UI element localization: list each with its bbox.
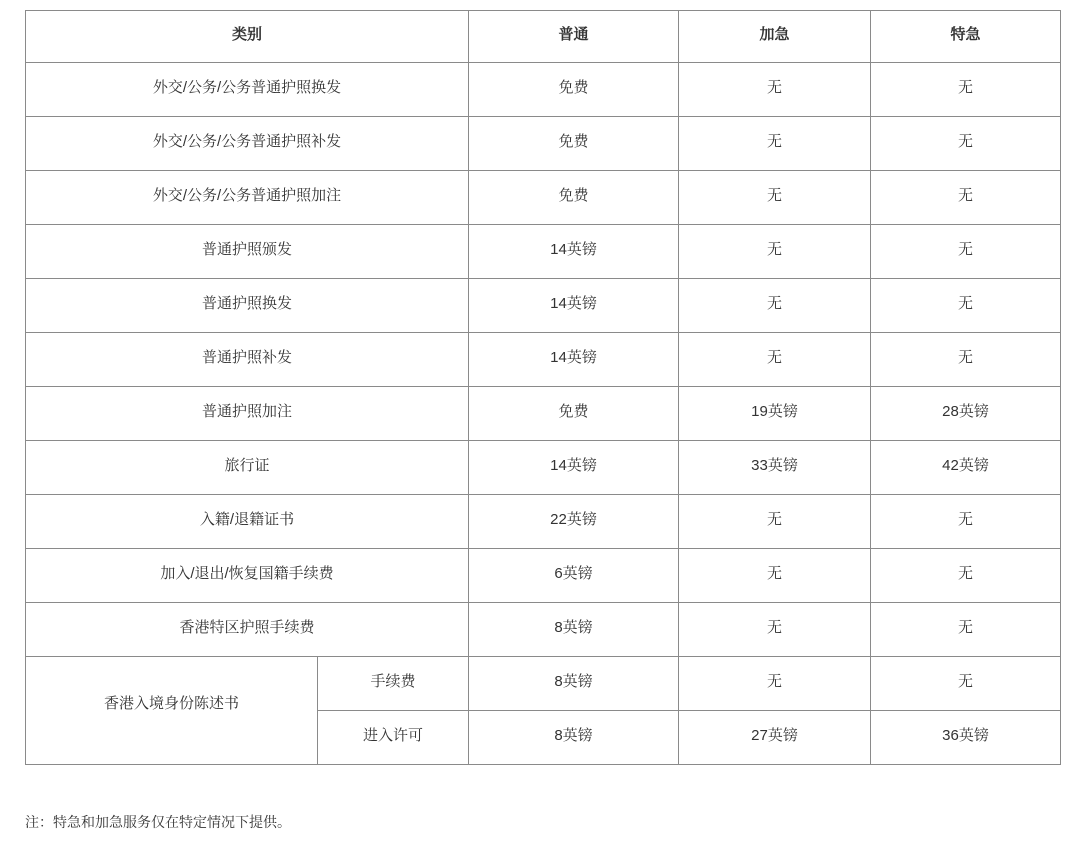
urgent-fee-cell: 无 — [679, 171, 871, 225]
urgent-fee-cell: 无 — [679, 495, 871, 549]
normal-fee-cell: 免费 — [469, 171, 679, 225]
category-cell: 外交/公务/公务普通护照补发 — [26, 117, 469, 171]
table-row-group-sub: 香港入境身份陈述书 手续费 8英镑 无 无 — [26, 657, 1061, 711]
category-cell: 普通护照颁发 — [26, 225, 469, 279]
urgent-fee-cell: 无 — [679, 225, 871, 279]
express-fee-cell: 无 — [871, 279, 1061, 333]
table-row: 加入/退出/恢复国籍手续费 6英镑 无 无 — [26, 549, 1061, 603]
table-row: 普通护照补发 14英镑 无 无 — [26, 333, 1061, 387]
urgent-fee-cell: 无 — [679, 549, 871, 603]
normal-fee-cell: 免费 — [469, 63, 679, 117]
group-category-cell: 香港入境身份陈述书 — [26, 657, 318, 765]
table-row: 外交/公务/公务普通护照补发 免费 无 无 — [26, 117, 1061, 171]
category-cell: 加入/退出/恢复国籍手续费 — [26, 549, 469, 603]
normal-fee-cell: 14英镑 — [469, 333, 679, 387]
header-category: 类别 — [26, 11, 469, 63]
express-fee-cell: 28英镑 — [871, 387, 1061, 441]
normal-fee-cell: 8英镑 — [469, 657, 679, 711]
express-fee-cell: 无 — [871, 225, 1061, 279]
category-cell: 普通护照补发 — [26, 333, 469, 387]
fee-table: 类别 普通 加急 特急 外交/公务/公务普通护照换发 免费 无 无 外交/公务/… — [25, 10, 1061, 765]
normal-fee-cell: 8英镑 — [469, 603, 679, 657]
header-row: 类别 普通 加急 特急 — [26, 11, 1061, 63]
express-fee-cell: 无 — [871, 549, 1061, 603]
urgent-fee-cell: 27英镑 — [679, 711, 871, 765]
express-fee-cell: 无 — [871, 171, 1061, 225]
normal-fee-cell: 免费 — [469, 117, 679, 171]
category-cell: 普通护照换发 — [26, 279, 469, 333]
category-cell: 旅行证 — [26, 441, 469, 495]
normal-fee-cell: 免费 — [469, 387, 679, 441]
category-cell: 香港特区护照手续费 — [26, 603, 469, 657]
table-row: 普通护照颁发 14英镑 无 无 — [26, 225, 1061, 279]
urgent-fee-cell: 无 — [679, 333, 871, 387]
express-fee-cell: 42英镑 — [871, 441, 1061, 495]
urgent-fee-cell: 无 — [679, 63, 871, 117]
normal-fee-cell: 14英镑 — [469, 279, 679, 333]
normal-fee-cell: 8英镑 — [469, 711, 679, 765]
express-fee-cell: 无 — [871, 657, 1061, 711]
express-fee-cell: 36英镑 — [871, 711, 1061, 765]
table-row: 香港特区护照手续费 8英镑 无 无 — [26, 603, 1061, 657]
category-cell: 外交/公务/公务普通护照加注 — [26, 171, 469, 225]
normal-fee-cell: 6英镑 — [469, 549, 679, 603]
category-cell: 普通护照加注 — [26, 387, 469, 441]
header-express: 特急 — [871, 11, 1061, 63]
table-row: 外交/公务/公务普通护照换发 免费 无 无 — [26, 63, 1061, 117]
header-urgent: 加急 — [679, 11, 871, 63]
table-row: 普通护照换发 14英镑 无 无 — [26, 279, 1061, 333]
normal-fee-cell: 22英镑 — [469, 495, 679, 549]
header-normal: 普通 — [469, 11, 679, 63]
sub-label-cell: 进入许可 — [318, 711, 469, 765]
express-fee-cell: 无 — [871, 63, 1061, 117]
table-row: 旅行证 14英镑 33英镑 42英镑 — [26, 441, 1061, 495]
express-fee-cell: 无 — [871, 603, 1061, 657]
urgent-fee-cell: 19英镑 — [679, 387, 871, 441]
urgent-fee-cell: 无 — [679, 279, 871, 333]
category-cell: 入籍/退籍证书 — [26, 495, 469, 549]
normal-fee-cell: 14英镑 — [469, 441, 679, 495]
table-row: 普通护照加注 免费 19英镑 28英镑 — [26, 387, 1061, 441]
express-fee-cell: 无 — [871, 495, 1061, 549]
sub-label-cell: 手续费 — [318, 657, 469, 711]
express-fee-cell: 无 — [871, 117, 1061, 171]
normal-fee-cell: 14英镑 — [469, 225, 679, 279]
urgent-fee-cell: 无 — [679, 117, 871, 171]
urgent-fee-cell: 33英镑 — [679, 441, 871, 495]
category-cell: 外交/公务/公务普通护照换发 — [26, 63, 469, 117]
footnote: 注：特急和加急服务仅在特定情况下提供。 — [25, 812, 291, 832]
table-row: 入籍/退籍证书 22英镑 无 无 — [26, 495, 1061, 549]
express-fee-cell: 无 — [871, 333, 1061, 387]
urgent-fee-cell: 无 — [679, 657, 871, 711]
urgent-fee-cell: 无 — [679, 603, 871, 657]
fee-table-container: 类别 普通 加急 特急 外交/公务/公务普通护照换发 免费 无 无 外交/公务/… — [25, 10, 1060, 765]
table-row: 外交/公务/公务普通护照加注 免费 无 无 — [26, 171, 1061, 225]
